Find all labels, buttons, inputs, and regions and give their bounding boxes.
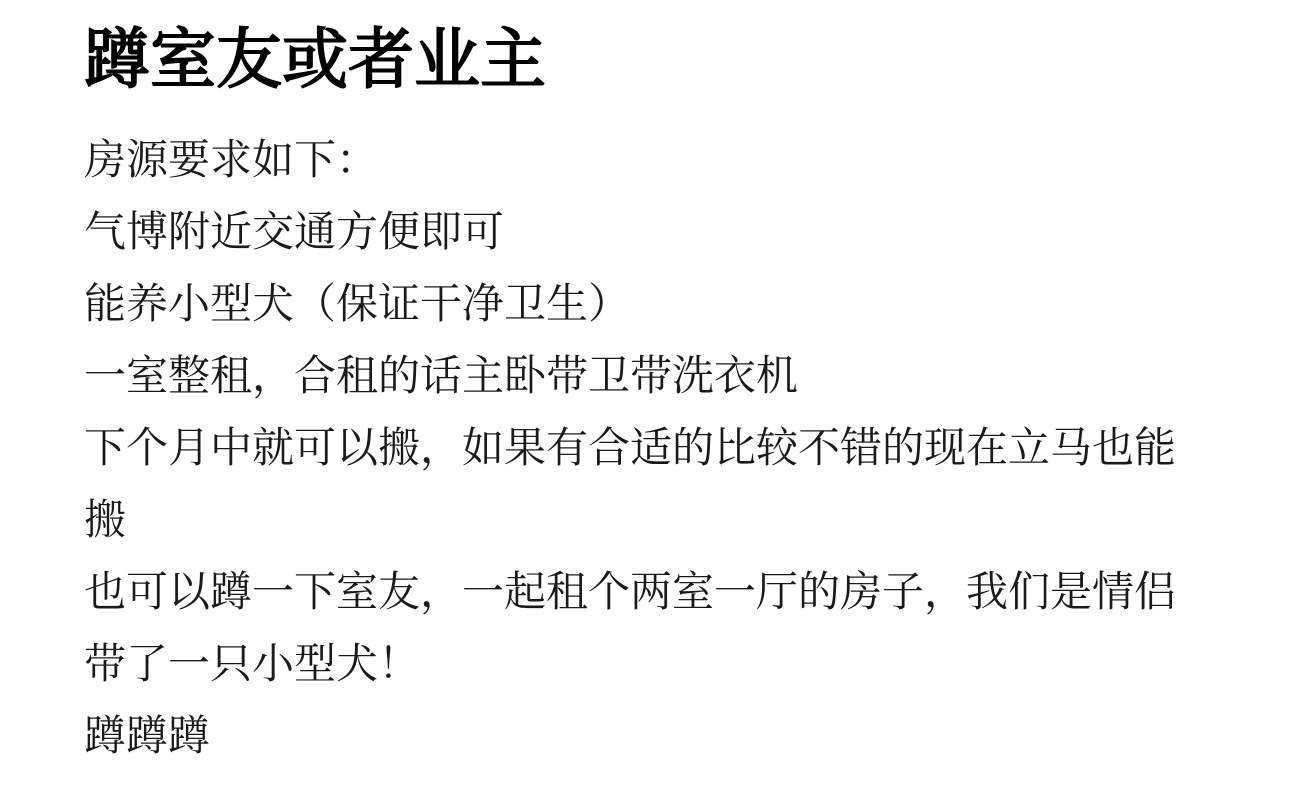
paragraph-roommate-option: 也可以蹲一下室友，一起租个两室一厅的房子，我们是情侣带了一只小型犬！ [84,556,1206,700]
paragraph-closing: 蹲蹲蹲 [84,700,1206,772]
paragraph-requirements-header: 房源要求如下： [84,124,1206,196]
post-body: 房源要求如下： 气博附近交通方便即可 能养小型犬（保证干净卫生） 一室整租，合租… [84,124,1206,772]
post-page: 蹲室友或者业主 房源要求如下： 气博附近交通方便即可 能养小型犬（保证干净卫生）… [0,0,1290,787]
paragraph-move-date: 下个月中就可以搬，如果有合适的比较不错的现在立马也能搬 [84,412,1206,556]
paragraph-pet: 能养小型犬（保证干净卫生） [84,268,1206,340]
paragraph-room-type: 一室整租，合租的话主卧带卫带洗衣机 [84,340,1206,412]
page-title: 蹲室友或者业主 [84,24,1206,96]
paragraph-location: 气博附近交通方便即可 [84,196,1206,268]
